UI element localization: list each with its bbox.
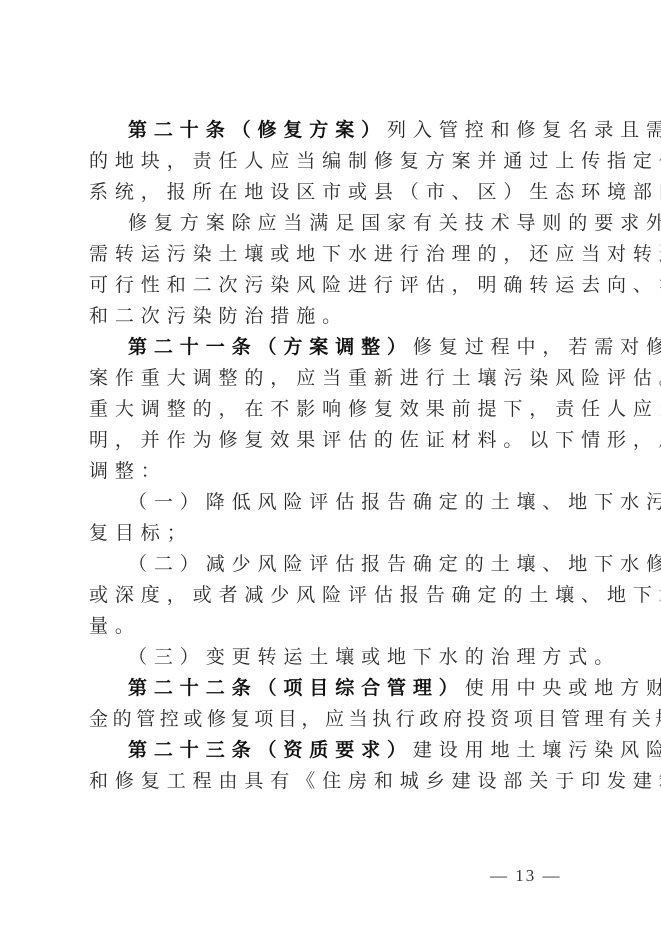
article-20-line-3: 系统，报所在地设区市或县（市、区）生态环境部门备案。 (89, 177, 561, 208)
article-21-text: 修复过程中，若需对修复方 (413, 336, 661, 358)
article-22-line-2: 金的管控或修复项目，应当执行政府投资项目管理有关规定。 (89, 704, 561, 735)
article-21-line-5: 调整： (89, 456, 561, 487)
page-number: — 13 — (490, 866, 562, 886)
article-23-text: 建设用地土壤污染风险管控 (413, 739, 661, 761)
article-20-heading: 第二十条（修复方案） (128, 119, 387, 141)
article-21-line-3: 重大调整的，在不影响修复效果前提下，责任人应当书面说 (89, 394, 561, 425)
article-20-line-2: 的地块，责任人应当编制修复方案并通过上传指定信息管理 (89, 146, 561, 177)
item-2-line-3: 量。 (89, 611, 561, 642)
document-page: 第二十条（修复方案）列入管控和修复名录且需修复 的地块，责任人应当编制修复方案并… (0, 0, 661, 935)
article-20-text: 列入管控和修复名录且需修复 (387, 119, 661, 141)
item-2-line-2: 或深度，或者减少风险评估报告确定的土壤、地下水修复方 (89, 580, 561, 611)
paragraph-line-2: 需转运污染土壤或地下水进行治理的，还应当对转运治理的 (89, 239, 561, 270)
item-1-line-1: （一）降低风险评估报告确定的土壤、地下水污染物修 (89, 487, 561, 518)
item-2-line-1: （二）减少风险评估报告确定的土壤、地下水修复面积 (89, 549, 561, 580)
item-1-line-2: 复目标； (89, 518, 561, 549)
article-21-line-2: 案作重大调整的，应当重新进行土壤污染风险评估。不涉及 (89, 363, 561, 394)
article-23-line-1: 第二十三条（资质要求）建设用地土壤污染风险管控 (89, 735, 561, 766)
article-23-heading: 第二十三条（资质要求） (128, 739, 413, 761)
paragraph-line-4: 和二次污染防治措施。 (89, 301, 561, 332)
article-20-line-1: 第二十条（修复方案）列入管控和修复名录且需修复 (89, 115, 561, 146)
item-3-line-1: （三）变更转运土壤或地下水的治理方式。 (89, 642, 561, 673)
document-body: 第二十条（修复方案）列入管控和修复名录且需修复 的地块，责任人应当编制修复方案并… (89, 115, 561, 797)
paragraph-line-3: 可行性和二次污染风险进行评估，明确转运去向、治理方式 (89, 270, 561, 301)
article-21-line-4: 明，并作为修复效果评估的佐证材料。以下情形，属于重大 (89, 425, 561, 456)
article-22-heading: 第二十二条（项目综合管理） (128, 677, 465, 699)
article-23-line-2: 和修复工程由具有《住房和城乡建设部关于印发建筑业企业 (89, 766, 561, 797)
article-21-line-1: 第二十一条（方案调整）修复过程中，若需对修复方 (89, 332, 561, 363)
article-22-line-1: 第二十二条（项目综合管理）使用中央或地方财政资 (89, 673, 561, 704)
article-22-text: 使用中央或地方财政资 (465, 677, 661, 699)
paragraph-line-1: 修复方案除应当满足国家有关技术导则的要求外，对确 (89, 208, 561, 239)
article-21-heading: 第二十一条（方案调整） (128, 336, 413, 358)
